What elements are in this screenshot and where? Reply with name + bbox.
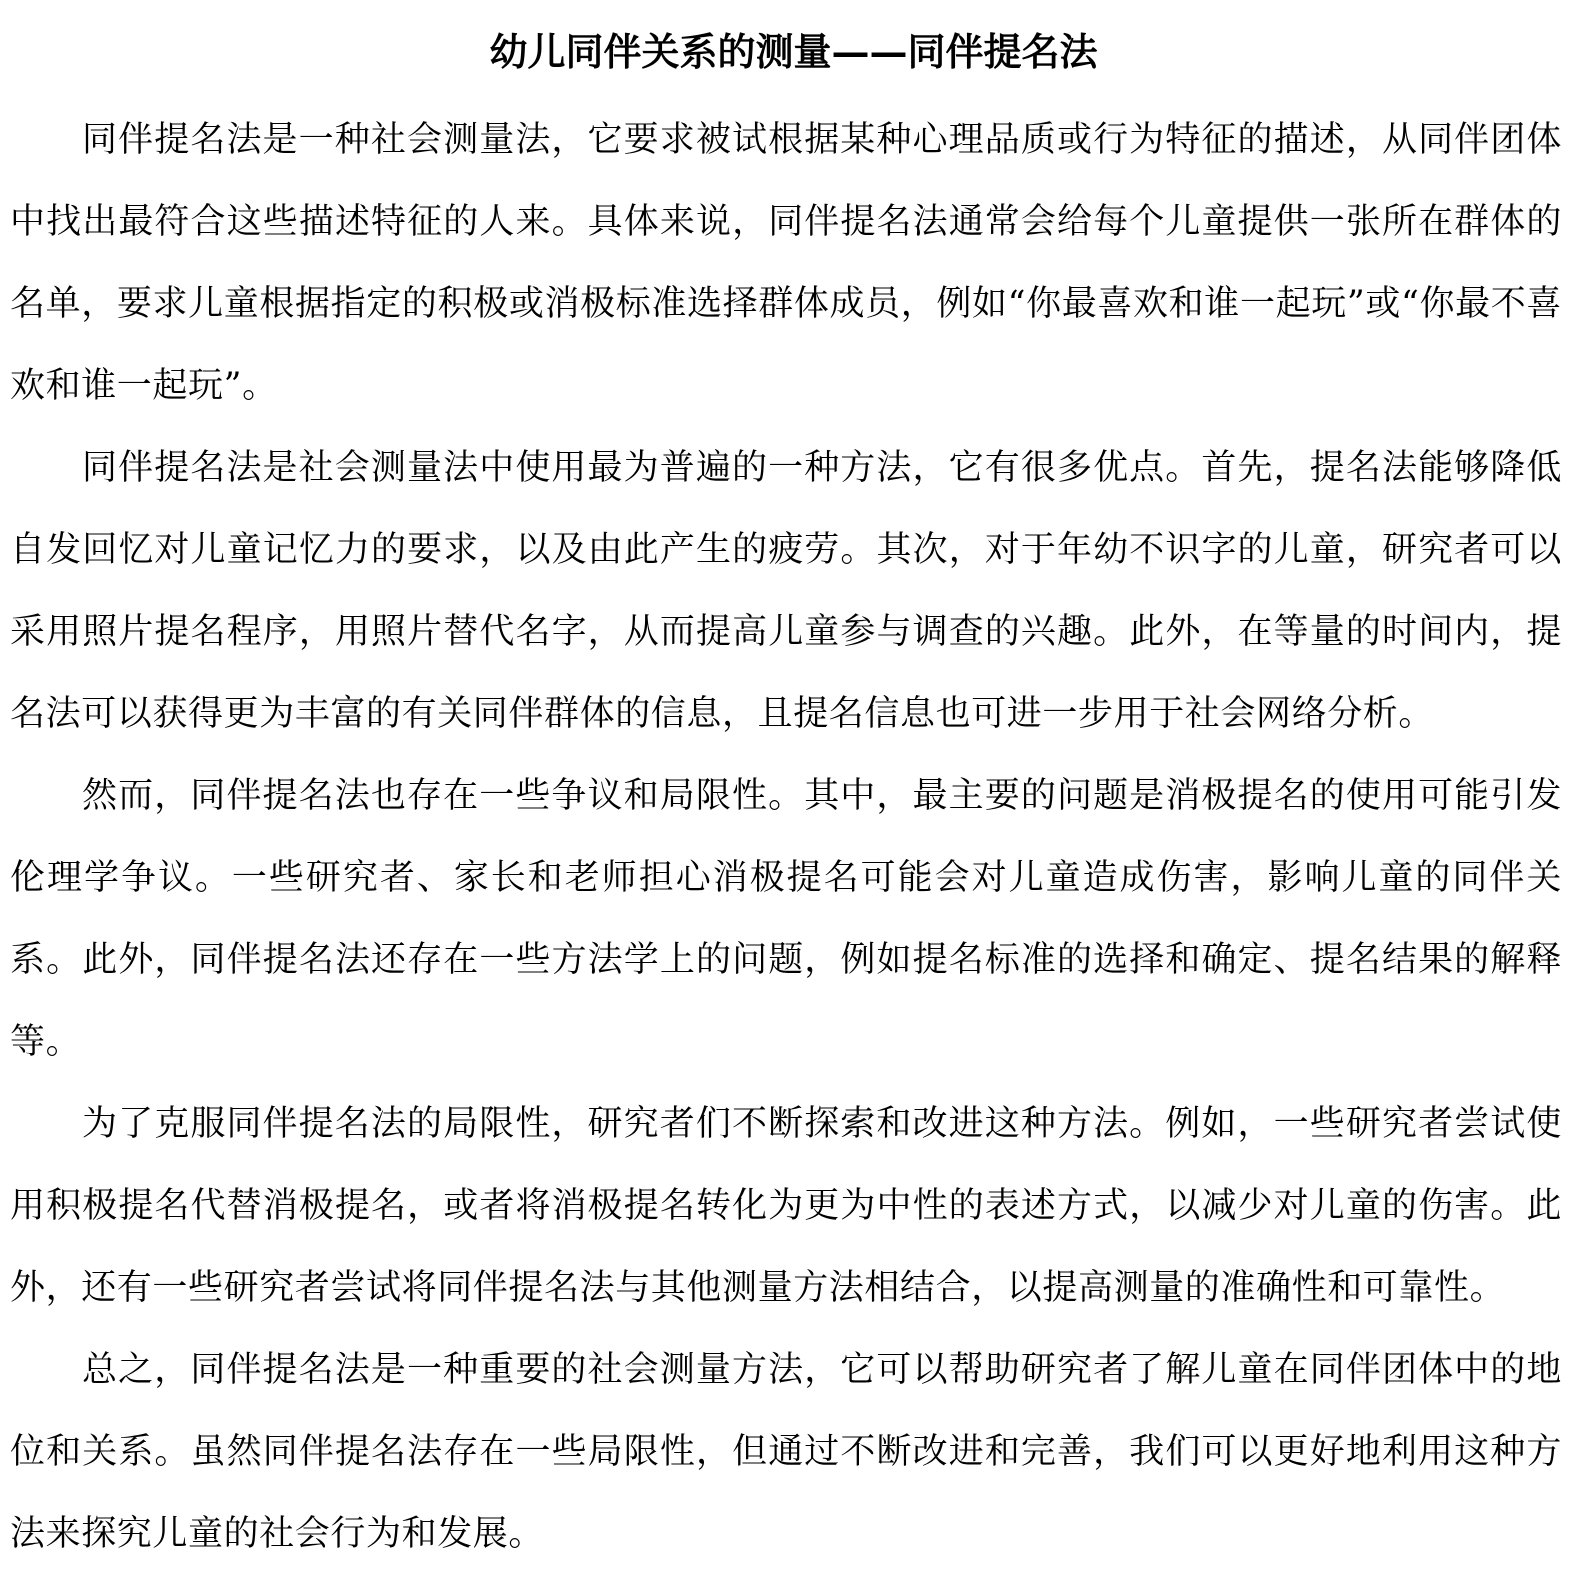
document-title: 幼儿同伴关系的测量——同伴提名法: [0, 25, 1587, 79]
paragraph-advantages: 同伴提名法是社会测量法中使用最为普遍的一种方法，它有很多优点。首先，提名法能够降…: [10, 427, 1562, 755]
paragraph-limitations: 然而，同伴提名法也存在一些争议和局限性。其中，最主要的问题是消极提名的使用可能引…: [10, 755, 1562, 1083]
paragraph-definition: 同伴提名法是一种社会测量法，它要求被试根据某种心理品质或行为特征的描述，从同伴团…: [10, 99, 1562, 427]
document-page: 幼儿同伴关系的测量——同伴提名法 同伴提名法是一种社会测量法，它要求被试根据某种…: [0, 0, 1587, 1581]
paragraph-improvements: 为了克服同伴提名法的局限性，研究者们不断探索和改进这种方法。例如，一些研究者尝试…: [10, 1083, 1562, 1329]
document-body: 同伴提名法是一种社会测量法，它要求被试根据某种心理品质或行为特征的描述，从同伴团…: [10, 99, 1562, 1575]
paragraph-conclusion: 总之，同伴提名法是一种重要的社会测量方法，它可以帮助研究者了解儿童在同伴团体中的…: [10, 1329, 1562, 1575]
